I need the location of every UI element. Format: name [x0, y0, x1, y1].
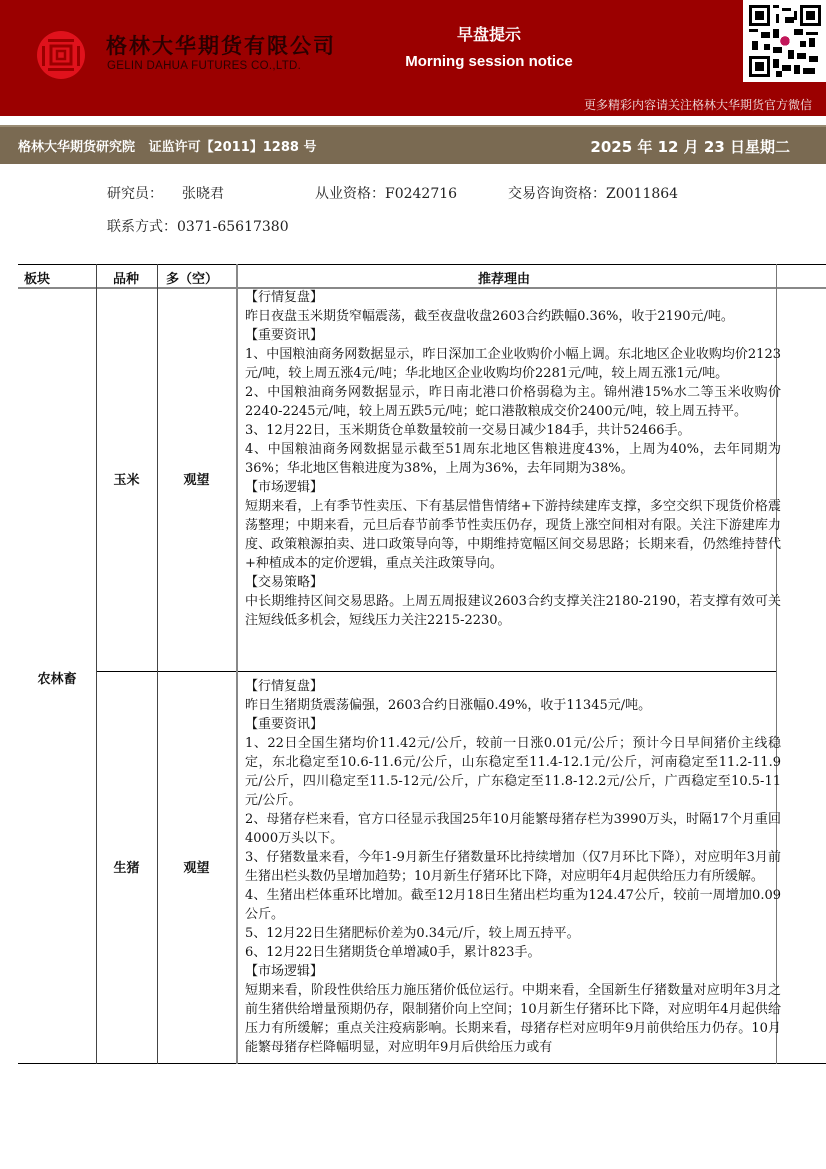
researcher-name: 张晓君	[182, 183, 224, 203]
col-divider-2	[157, 264, 158, 1064]
researcher-qualification: 从业资格：F0242716	[315, 183, 457, 203]
notice-title-cn: 早盘提示	[400, 22, 578, 45]
section-heading: 【市场逻辑】	[245, 962, 781, 981]
section-heading: 【重要资讯】	[245, 715, 781, 734]
paragraph: 3、仔猪数量来看，今年1-9月新生仔猪数量环比持续增加（仅7月环比下降），对应明…	[245, 848, 781, 886]
researcher-consult-qualification: 交易咨询资格：Z0011864	[508, 183, 678, 203]
header-banner: 格林大华期货有限公司 GELIN DAHUA FUTURES CO.,LTD. …	[0, 0, 826, 116]
col-divider-1	[96, 264, 97, 1064]
researcher-contact: 联系方式：0371-65617380	[107, 216, 289, 236]
institute-bar: 格林大华期货研究院 证监许可【2011】1288 号 2025 年 12 月 2…	[0, 125, 826, 164]
variety-corn: 玉米	[96, 469, 157, 488]
section-heading: 【行情复盘】	[245, 677, 781, 696]
paragraph: 2、母猪存栏来看，官方口径显示我国25年10月能繁母猪存栏为3990万头，时隔1…	[245, 810, 781, 848]
paragraph: 4、生猪出栏体重环比增加。截至12月18日生猪出栏均重为124.47公斤，较前一…	[245, 886, 781, 924]
table-row-divider	[96, 671, 776, 672]
header-variety: 品种	[113, 268, 139, 287]
report-date: 2025 年 12 月 23 日星期二	[590, 136, 790, 157]
wechat-qr-code[interactable]	[743, 0, 826, 82]
paragraph: 短期来看，上有季节性卖压、下有基层惜售情绪+下游持续建库支撑，多空交织下现货价格…	[245, 497, 781, 573]
direction-hog: 观望	[157, 857, 236, 876]
notice-title-en: Morning session notice	[400, 53, 578, 70]
paragraph: 3、12月22日，玉米期货仓单数量较前一交易日减少184手，共计52466手。	[245, 421, 781, 440]
follow-wechat-text: 更多精彩内容请关注格林大华期货官方微信	[584, 96, 812, 113]
paragraph: 6、12月22日生猪期货仓单增减0手，累计823手。	[245, 943, 781, 962]
sector-cell: 农林畜	[18, 668, 96, 687]
paragraph: 昨日夜盘玉米期货窄幅震荡，截至夜盘收盘2603合约跌幅0.36%，收于2190元…	[245, 307, 781, 326]
paragraph: 1、中国粮油商务网数据显示，昨日深加工企业收购价小幅上调。东北地区企业收购均价2…	[245, 345, 781, 383]
company-logo-icon	[34, 30, 88, 80]
section-heading: 【行情复盘】	[245, 288, 781, 307]
researcher-name-label: 研究员：	[107, 183, 163, 203]
header-direction: 多（空）	[166, 268, 218, 287]
paragraph: 中长期维持区间交易思路。上周五周报建议2603合约支撑关注2180-2190，若…	[245, 592, 781, 630]
variety-hog: 生猪	[96, 857, 157, 876]
institute-license: 格林大华期货研究院 证监许可【2011】1288 号	[18, 136, 316, 155]
paragraph: 昨日生猪期货震荡偏强，2603合约日涨幅0.49%，收于11345元/吨。	[245, 696, 781, 715]
paragraph: 1、22日全国生猪均价11.42元/公斤，较前一日涨0.01元/公斤；预计今日早…	[245, 734, 781, 810]
section-heading: 【市场逻辑】	[245, 478, 781, 497]
reason-hog: 【行情复盘】昨日生猪期货震荡偏强，2603合约日涨幅0.49%，收于11345元…	[245, 677, 781, 1057]
company-name-cn: 格林大华期货有限公司	[106, 30, 336, 60]
direction-corn: 观望	[157, 469, 236, 488]
section-heading: 【重要资讯】	[245, 326, 781, 345]
paragraph: 2、中国粮油商务网数据显示，昨日南北港口价格弱稳为主。锦州港15%水二等玉米收购…	[245, 383, 781, 421]
reason-corn: 【行情复盘】昨日夜盘玉米期货窄幅震荡，截至夜盘收盘2603合约跌幅0.36%，收…	[245, 288, 781, 630]
paragraph: 短期来看，阶段性供给压力施压猪价低位运行。中期来看，全国新生仔猪数量对应明年3月…	[245, 981, 781, 1057]
table-bottom-border	[18, 1063, 826, 1064]
paragraph: 5、12月22日生猪肥标价差为0.34元/斤，较上周五持平。	[245, 924, 781, 943]
header-reason: 推荐理由	[478, 268, 530, 287]
header-sector: 板块	[24, 268, 50, 287]
company-name-en: GELIN DAHUA FUTURES CO.,LTD.	[107, 60, 301, 72]
paragraph: 4、中国粮油商务网数据显示截至51周东北地区售粮进度43%，上周为40%，去年同…	[245, 440, 781, 478]
table-top-border	[18, 264, 826, 265]
section-heading: 【交易策略】	[245, 573, 781, 592]
col-divider-3	[236, 264, 238, 1064]
